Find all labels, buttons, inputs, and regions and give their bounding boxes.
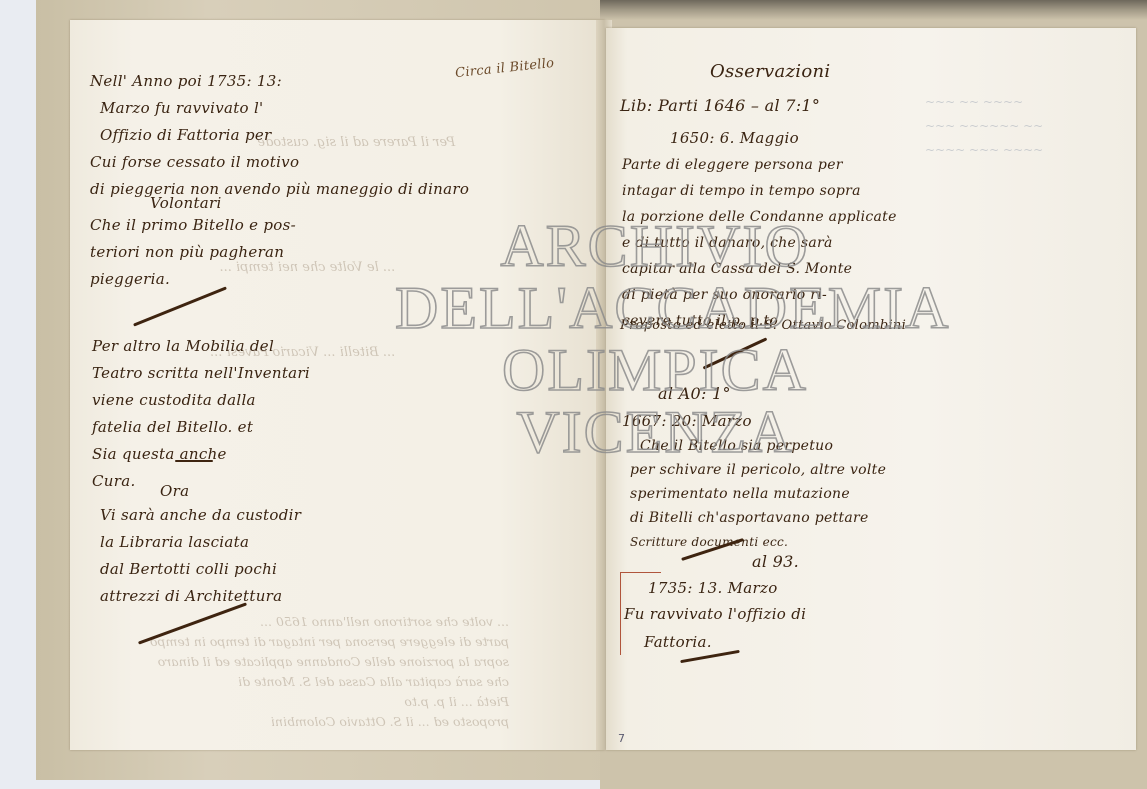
bleed-through-bottom: ... volte che sortirono nell'anno 1650 .… — [150, 612, 509, 732]
text-line: dal Bertotti colli pochi — [100, 556, 301, 583]
bleed-line: Pietà ... il p. p.to — [150, 692, 509, 712]
bleed-line: parte di eleggere persona per intagar di… — [150, 632, 509, 652]
watermark-line: DELL'ACCADEMIA — [395, 277, 915, 339]
folio-number: 7 — [618, 732, 625, 745]
text-line: intagar di tempo in tempo sopra — [622, 178, 897, 204]
text-line: Teatro scritta nell'Inventari — [92, 360, 310, 387]
text-line: viene custodita dalla — [92, 387, 310, 414]
left-paragraph-4: Vi sarà anche da custodir la Libraria la… — [100, 502, 301, 610]
text-line: teriori non più pagheran — [90, 239, 296, 266]
bleed-line: sopra la porzione delle Condanne applica… — [150, 652, 509, 672]
watermark-line: VICENZA — [395, 401, 915, 463]
entry-3-reference: al 93. — [752, 548, 799, 575]
text-line: Marzo fu ravvivato l' — [100, 95, 469, 122]
left-paragraph-2: Che il primo Bitello e pos- teriori non … — [90, 212, 296, 293]
text-line: Per altro la Mobilia del — [92, 333, 310, 360]
watermark-line: ARCHIVIO — [395, 215, 915, 277]
text-line: la Libraria lasciata — [100, 529, 301, 556]
text-line: fatelia del Bitello. et — [92, 414, 310, 441]
text-line: di pieggeria non avendo più maneggio di … — [90, 176, 469, 203]
text-line: di Bitelli ch'asportavano pettare — [630, 506, 886, 530]
entry-1-date: 1650: 6. Maggio — [670, 125, 799, 152]
text-line: Fu ravvivato l'offizio di — [624, 600, 806, 628]
entry-3-text: Fu ravvivato l'offizio di Fattoria. — [624, 600, 806, 656]
text-line: pieggeria. — [90, 266, 296, 293]
dash-stroke — [175, 460, 213, 462]
text-line: attrezzi di Architettura — [100, 583, 301, 610]
left-paragraph-3: Per altro la Mobilia del Teatro scritta … — [92, 333, 310, 495]
text-line: Che il primo Bitello e pos- — [90, 212, 296, 239]
text-line: Cui forse cessato il motivo — [90, 149, 469, 176]
faint-bleed-right: ~~~ ~~ ~~~~ ~~~ ~~~~~~ ~~ ~~~~ ~~~ ~~~~ — [925, 90, 1043, 162]
text-line: Vi sarà anche da custodir — [100, 502, 301, 529]
text-line: Cura. — [92, 468, 310, 495]
archive-watermark: ARCHIVIO DELL'ACCADEMIA OLIMPICA VICENZA — [395, 215, 915, 463]
watermark-line: OLIMPICA — [395, 339, 915, 401]
text-line: Parte di eleggere persona per — [622, 152, 897, 178]
entry-3-date: 1735: 13. Marzo — [648, 575, 778, 602]
bleed-line: che sarà capitar alla Cassa del S. Monte… — [150, 672, 509, 692]
text-line: Nell' Anno poi 1735: 13: — [90, 68, 469, 95]
bleed-line: ... volte che sortirono nell'anno 1650 .… — [150, 612, 509, 632]
text-line: sperimentato nella mutazione — [630, 482, 886, 506]
entry-1-reference: Lib: Parti 1646 – al 7:1° — [620, 92, 820, 119]
text-line: Sia questa anche — [92, 441, 310, 468]
text-line: Offizio di Fattoria per — [100, 122, 469, 149]
right-title: Osservazioni — [710, 58, 830, 85]
left-paragraph-1: Nell' Anno poi 1735: 13: Marzo fu ravviv… — [90, 68, 469, 203]
bleed-line: proposto ed ... il S. Ottavio Colombini — [150, 712, 509, 732]
left-heading-ora: Ora — [160, 478, 189, 505]
